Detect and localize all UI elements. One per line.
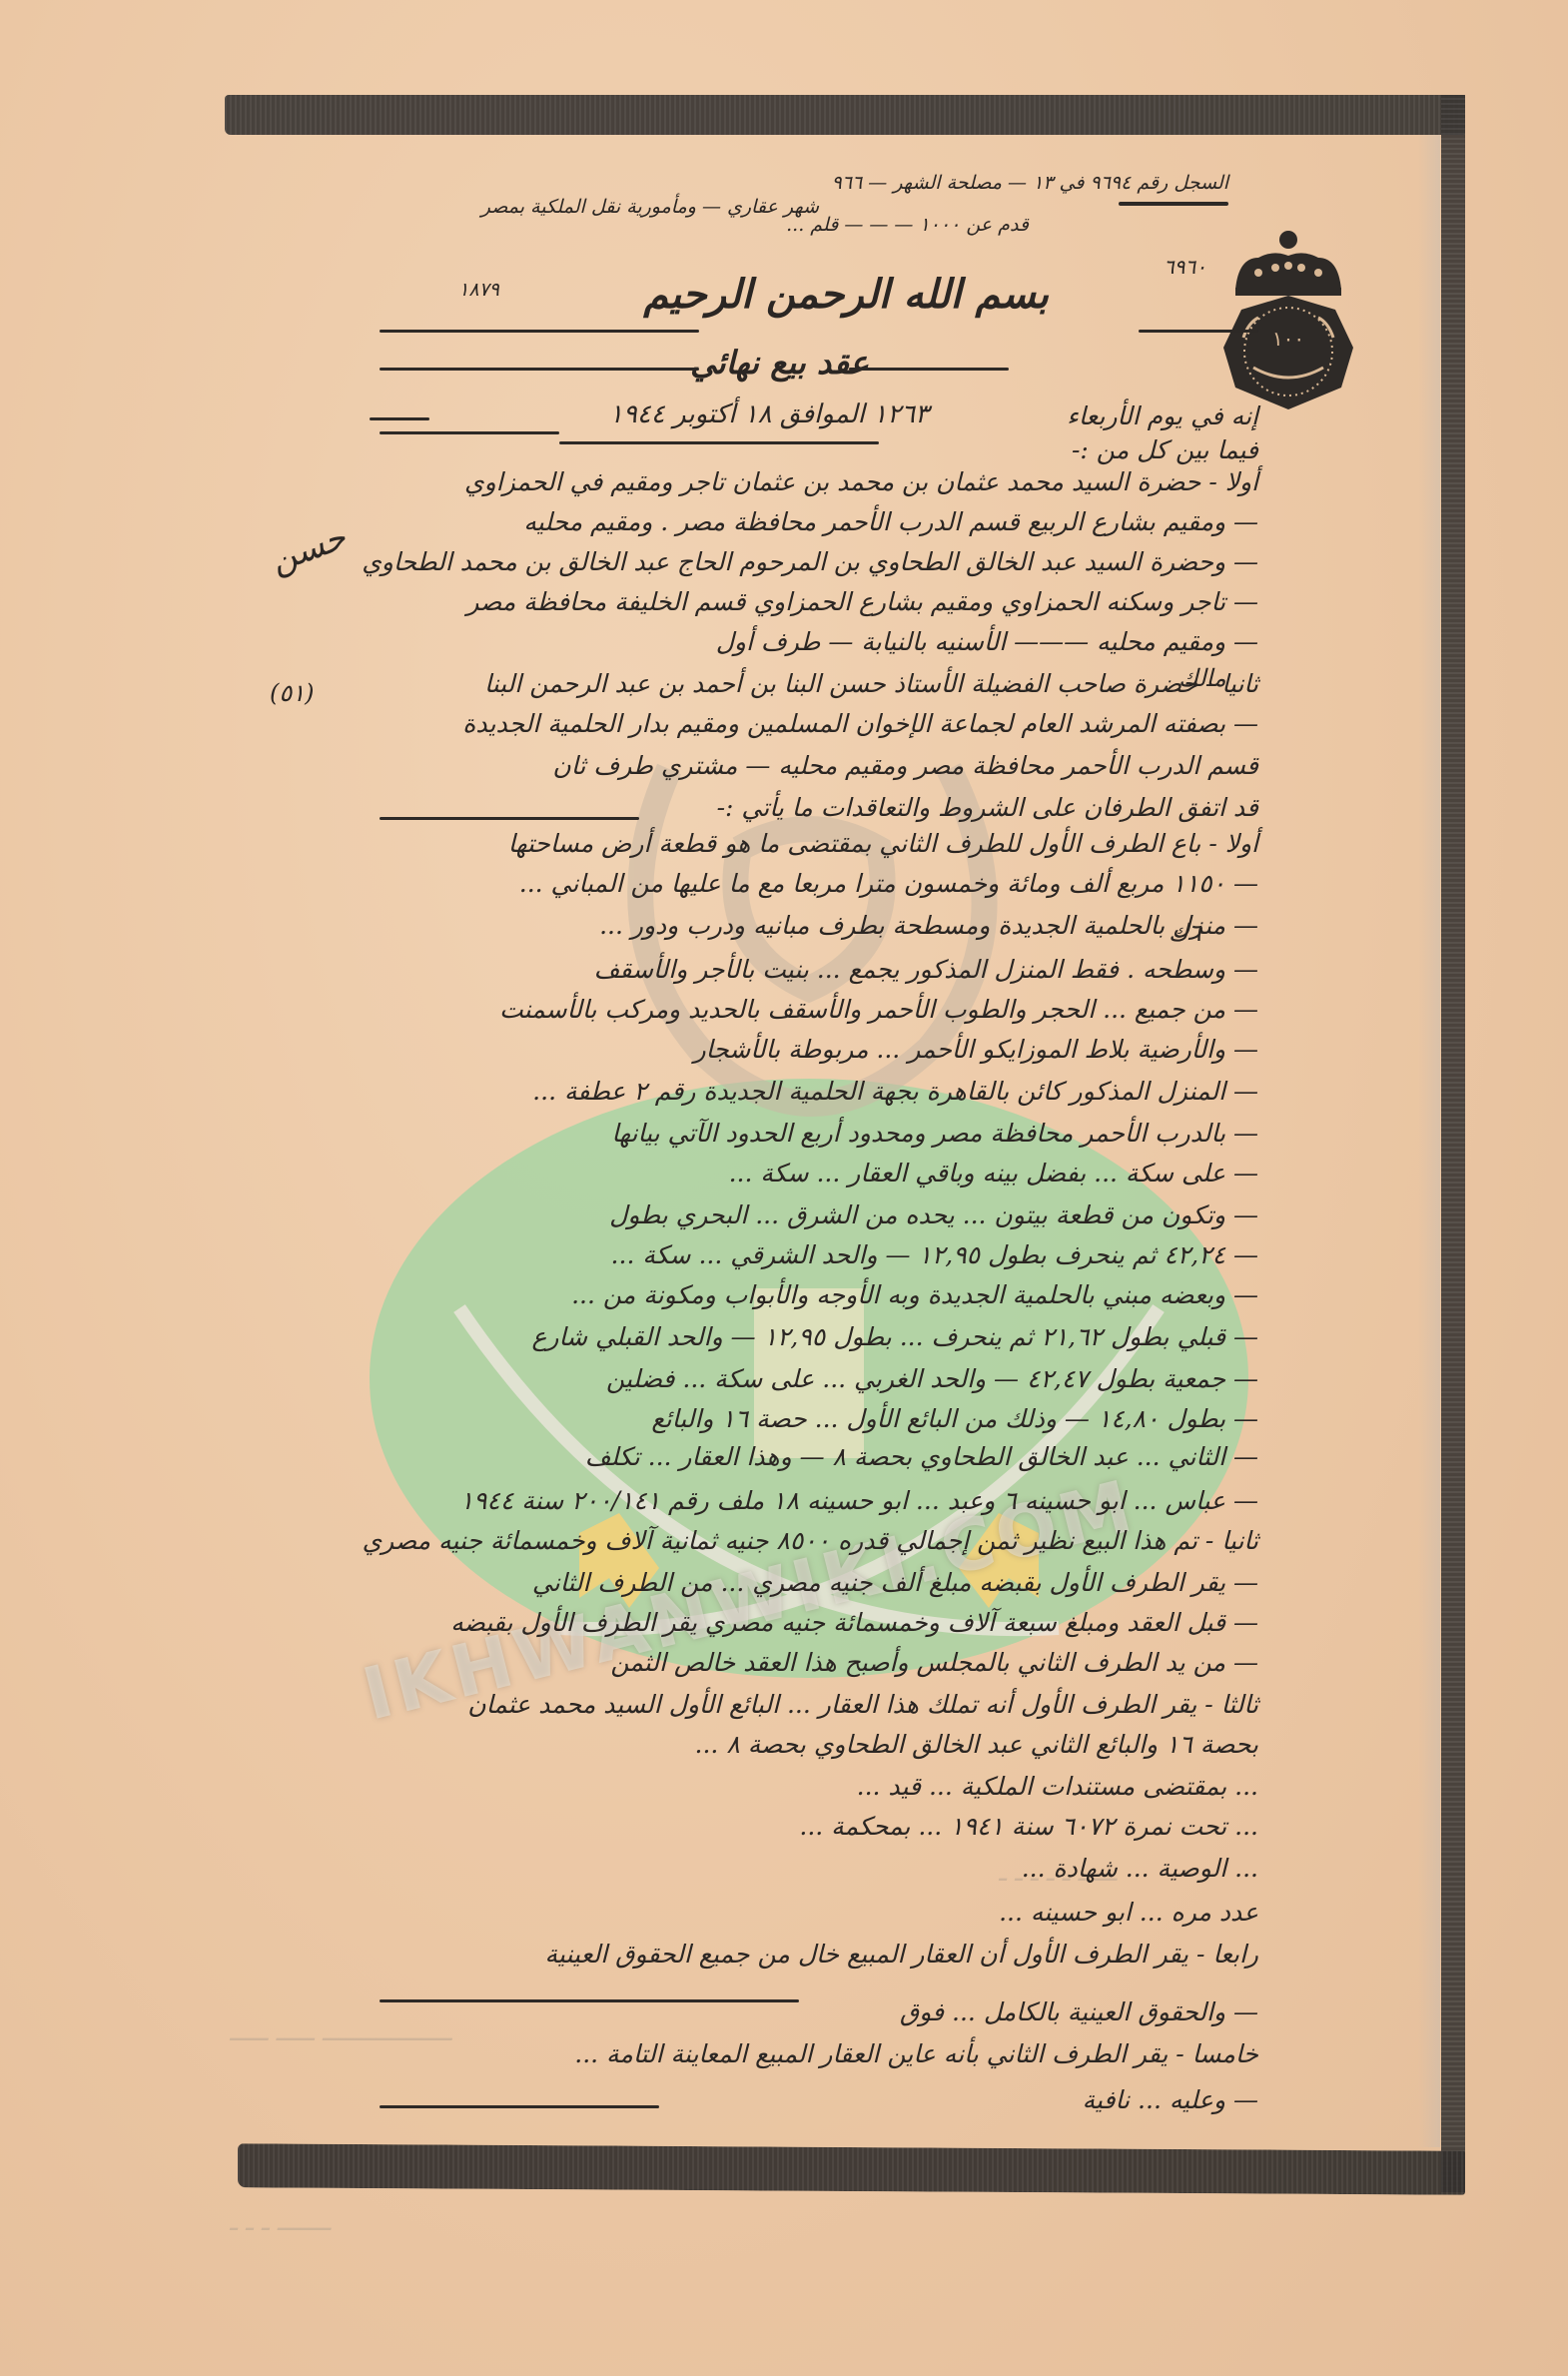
- body-line: ... بمقتضى مستندات الملكية ... قيد ...: [857, 1772, 1258, 1802]
- body-line: أولا - باع الطرف الأول للطرف الثاني بمقت…: [508, 829, 1258, 859]
- bleed-through-text: ـــــــ ـ ـ ـ: [230, 2207, 331, 2237]
- body-line: — يقر الطرف الأول بقبضه مبلغ ألف جنيه مص…: [532, 1568, 1258, 1598]
- basmala: بسم الله الرحمن الرحيم: [643, 280, 1049, 310]
- body-line: قسم الدرب الأحمر محافظة مصر ومقيم محليه …: [552, 751, 1258, 781]
- body-line: ثانيا - حضرة صاحب الفضيلة الأستاذ حسن ال…: [484, 669, 1258, 699]
- body-line: — من جميع ... الحجر والطوب الأحمر والأسق…: [499, 995, 1258, 1025]
- body-line: — جمعية بطول ٤٢,٤٧ — والحد الغربي ... عل…: [606, 1364, 1258, 1394]
- rule: [380, 368, 699, 371]
- rule: [849, 368, 1009, 371]
- border-shadow: [1418, 135, 1440, 2147]
- rule: [380, 2105, 659, 2108]
- body-line: — بالدرب الأحمر محافظة مصر ومحدود أربع ا…: [611, 1119, 1258, 1149]
- bleed-through-text: ـــ ـ ـ ـ ـ ـ ـ: [999, 1858, 1117, 1888]
- right-margin-note: ٦ك: [1169, 919, 1201, 947]
- right-margin-note: مالك: [1178, 664, 1226, 692]
- margin-ref: ٦٩٦٠: [1164, 255, 1206, 279]
- body-line: — بطول ١٤,٨٠ — وذلك من البائع الأول ... …: [651, 1404, 1258, 1434]
- body-line: — والحقوق العينية بالكامل ... فوق: [900, 1997, 1258, 2027]
- rule: [370, 417, 429, 420]
- corner-note: ١٨٧٩: [458, 275, 499, 305]
- margin-signature: حسن: [265, 517, 351, 581]
- body-line: — عباس ... ابو حسينه ٦ وعبد ... ابو حسين…: [460, 1486, 1258, 1516]
- body-line: — منزل بالحلمية الجديدة ومسطحة بطرف مبان…: [599, 911, 1258, 941]
- rule: [380, 1999, 799, 2002]
- rule: [380, 817, 639, 820]
- rule: [559, 441, 879, 444]
- body-line: أولا - حضرة السيد محمد عثمان بن محمد بن …: [464, 467, 1258, 497]
- body-line: بحصة ١٦ والبائع الثاني عبد الخالق الطحاو…: [695, 1730, 1258, 1760]
- body-line: — من يد الطرف الثاني بالمجلس وأصبح هذا ا…: [610, 1648, 1258, 1678]
- body-line: ... تحت نمرة ٦٠٧٢ سنة ١٩٤١ ... بمحكمة ..…: [799, 1812, 1258, 1842]
- document-border-right: [1441, 95, 1465, 2192]
- bleed-through-text: ـــــــــــــــــ ـــــ ـــــ: [230, 2017, 451, 2047]
- body-line: — المنزل المذكور كائن بالقاهرة بجهة الحل…: [532, 1077, 1258, 1107]
- page-number: (٥١): [270, 679, 315, 707]
- intro-line: فيما بين كل من :-: [1072, 435, 1258, 465]
- body-line: — وعليه ... نافية: [1083, 2085, 1258, 2115]
- registry-line: قدم عن ١٠٠٠ — — — قلم ...: [786, 210, 1029, 240]
- body-line: — ومقيم محليه ——— الأسنيه بالنيابة — طرف…: [716, 627, 1258, 657]
- body-line: — الثاني ... عبد الخالق الطحاوي بحصة ٨ —…: [585, 1442, 1258, 1472]
- body-line: عدد مره ... ابو حسينه ...: [999, 1898, 1258, 1928]
- body-line: — قبل العقد ومبلغ سبعة آلاف وخمسمائة جني…: [450, 1608, 1258, 1638]
- registry-line: شهر عقاري — ومأمورية نقل الملكية بمصر: [481, 192, 819, 222]
- royal-seal-icon: ١٠٠: [1213, 228, 1363, 412]
- body-line: — ٤٢,٢٤ ثم ينحرف بطول ١٢,٩٥ — والحد الشر…: [611, 1240, 1258, 1270]
- registry-line: السجل رقم ٩٦٩٤ في ١٣ — مصلحة الشهر — ٩٦٦: [832, 168, 1228, 198]
- body-line: خامسا - يقر الطرف الثاني بأنه عاين العقا…: [574, 2039, 1258, 2069]
- date-line: ١٢٦٣ الموافق ١٨ أكتوبر ١٩٤٤: [609, 399, 929, 429]
- svg-text:١٠٠: ١٠٠: [1272, 327, 1304, 351]
- body-line: — وتكون من قطعة بيتون ... يحده من الشرق …: [609, 1200, 1258, 1230]
- body-line: — ١١٥٠ مربع ألف ومائة وخمسون مترا مربعا …: [519, 869, 1258, 899]
- body-line: ثانيا - تم هذا البيع نظير ثمن إجمالي قدر…: [363, 1526, 1258, 1556]
- document-border-bottom: [238, 2143, 1465, 2195]
- body-line: — ومقيم بشارع الربيع قسم الدرب الأحمر مح…: [523, 507, 1258, 537]
- body-line: — بصفته المرشد العام لجماعة الإخوان المس…: [462, 709, 1258, 739]
- intro-line: إنه في يوم الأربعاء: [1067, 401, 1258, 431]
- body-line: — والأرضية بلاط الموزايكو الأحمر ... مرب…: [694, 1035, 1258, 1065]
- body-line: — وحضرة السيد عبد الخالق الطحاوي بن المر…: [362, 547, 1258, 577]
- body-line: — وبعضه مبني بالحلمية الجديدة وبه الأوجه…: [571, 1280, 1258, 1310]
- body-line: ثالثا - يقر الطرف الأول أنه تملك هذا الع…: [467, 1690, 1258, 1720]
- body-line: — تاجر وسكنه الحمزاوي ومقيم بشارع الحمزا…: [466, 587, 1258, 617]
- body-line: — وسطحه . فقط المنزل المذكور يجمع ... بن…: [594, 955, 1258, 985]
- body-line: — على سكة ... بفضل بينه وباقي العقار ...…: [729, 1159, 1258, 1188]
- rule: [1119, 202, 1228, 206]
- document-title: عقد بيع نهائي: [690, 348, 869, 378]
- rule: [380, 431, 559, 434]
- body-line: رابعا - يقر الطرف الأول أن العقار المبيع…: [545, 1940, 1258, 1970]
- rule: [380, 330, 699, 333]
- body-line: قد اتفق الطرفان على الشروط والتعاقدات ما…: [717, 793, 1258, 823]
- body-line: — قبلي بطول ٢١,٦٢ ثم ينحرف ... بطول ١٢,٩…: [531, 1322, 1258, 1352]
- document-border-top: [225, 95, 1465, 135]
- rule: [1139, 330, 1258, 333]
